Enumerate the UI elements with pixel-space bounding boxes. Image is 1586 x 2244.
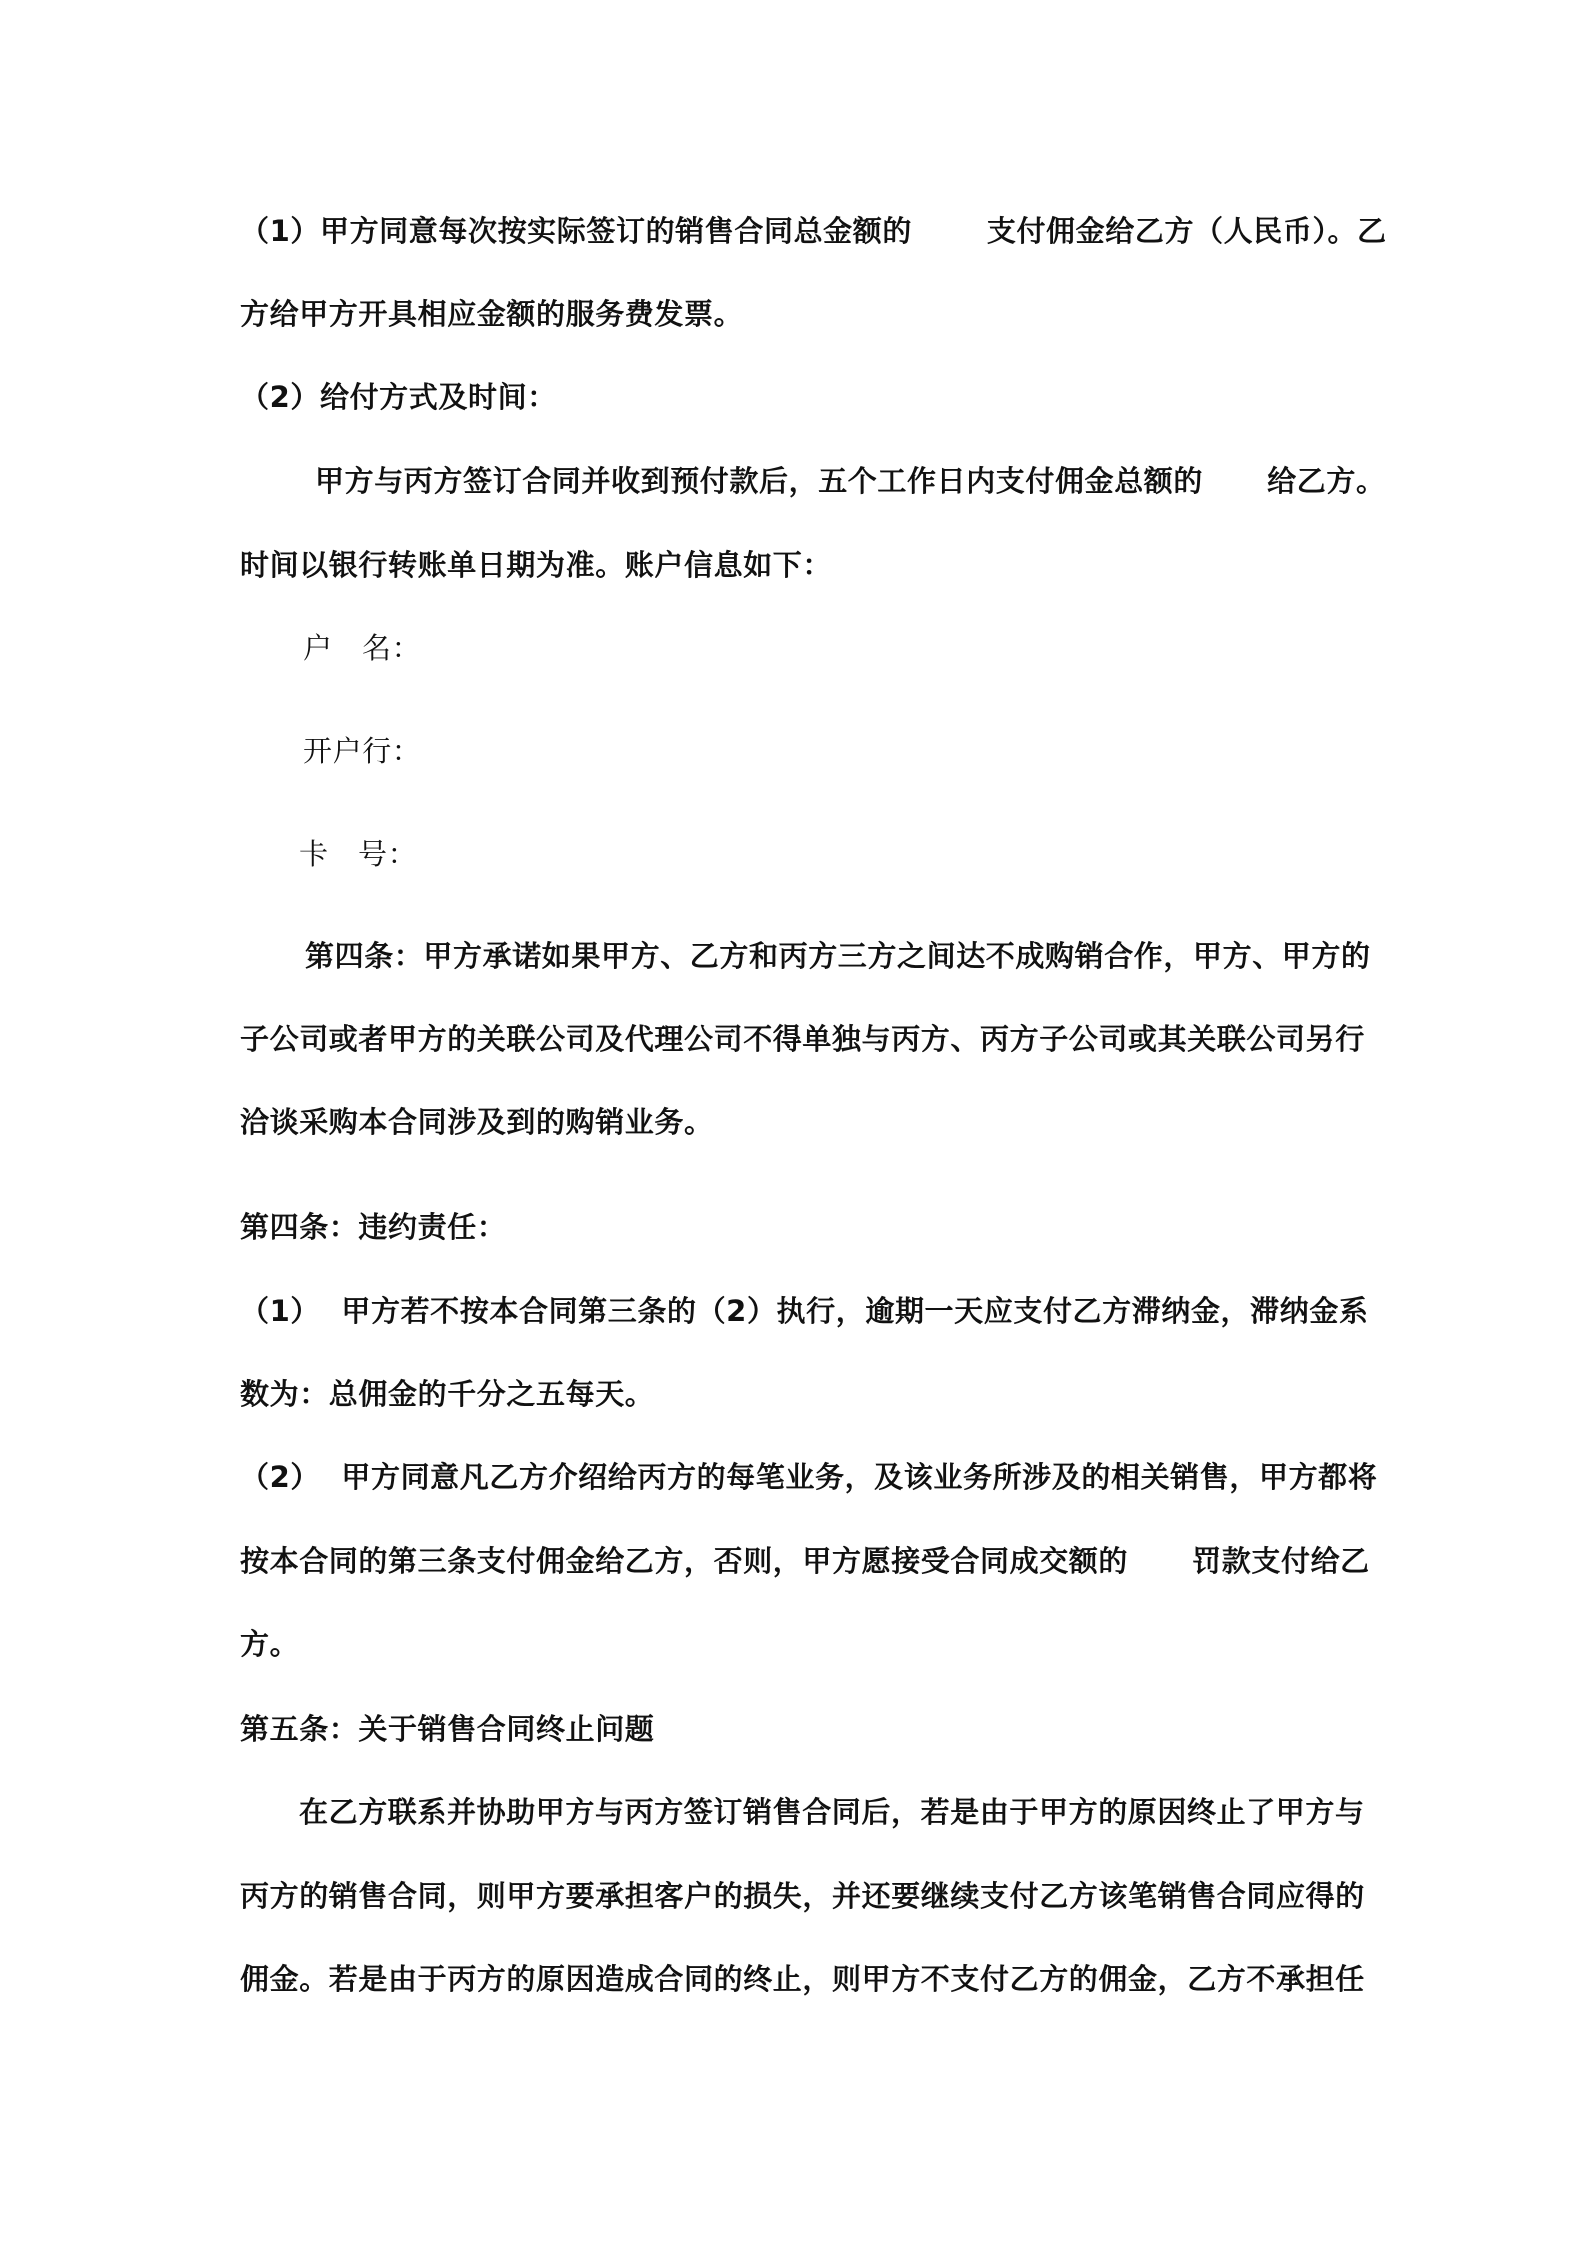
article-4-line-2: 子公司或者甲方的关联公司及代理公司不得单独与丙方、丙方子公司或其关联公司另行 [240, 1019, 1350, 1059]
clause-3-2-heading: （2）给付方式及时间： [240, 377, 1350, 417]
account-name-label: 户 名： [303, 628, 1413, 668]
document-page: （1）甲方同意每次按实际签订的销售合同总金额的 支付佣金给乙方（人民币）。乙 方… [0, 0, 1586, 2244]
breach-1-line-1: （1） 甲方若不按本合同第三条的（2）执行，逾期一天应支付乙方滞纳金，滞纳金系 [240, 1291, 1350, 1331]
article-5-line-2: 丙方的销售合同，则甲方要承担客户的损失，并还要继续支付乙方该笔销售合同应得的 [240, 1876, 1350, 1916]
article-5-line-1: 在乙方联系并协助甲方与丙方签订销售合同后，若是由于甲方的原因终止了甲方与 [299, 1792, 1409, 1832]
article-4-line-3: 洽谈采购本合同涉及到的购销业务。 [240, 1102, 1350, 1142]
breach-2-line-3: 方。 [240, 1624, 1350, 1664]
article-5-heading: 第五条：关于销售合同终止问题 [240, 1709, 1350, 1749]
article-4-line-1: 第四条：甲方承诺如果甲方、乙方和丙方三方之间达不成购销合作，甲方、甲方的 [305, 936, 1415, 976]
card-number-label: 卡 号： [299, 834, 1409, 874]
breach-heading: 第四条：违约责任： [240, 1207, 1350, 1247]
article-5-line-3: 佣金。若是由于丙方的原因造成合同的终止，则甲方不支付乙方的佣金，乙方不承担任 [240, 1959, 1350, 1999]
breach-2-line-1: （2） 甲方同意凡乙方介绍给丙方的每笔业务，及该业务所涉及的相关销售，甲方都将 [240, 1457, 1350, 1497]
clause-3-2-line-1: 甲方与丙方签订合同并收到预付款后，五个工作日内支付佣金总额的 给乙方。 [315, 461, 1425, 501]
bank-name-label: 开户行： [303, 731, 1413, 771]
clause-3-1-line-2: 方给甲方开具相应金额的服务费发票。 [240, 294, 1350, 334]
breach-2-line-2: 按本合同的第三条支付佣金给乙方，否则，甲方愿接受合同成交额的 罚款支付给乙 [240, 1541, 1350, 1581]
clause-3-2-line-2: 时间以银行转账单日期为准。账户信息如下： [240, 545, 1350, 585]
clause-3-1-line-1: （1）甲方同意每次按实际签订的销售合同总金额的 支付佣金给乙方（人民币）。乙 [240, 211, 1350, 251]
breach-1-line-2: 数为：总佣金的千分之五每天。 [240, 1374, 1350, 1414]
